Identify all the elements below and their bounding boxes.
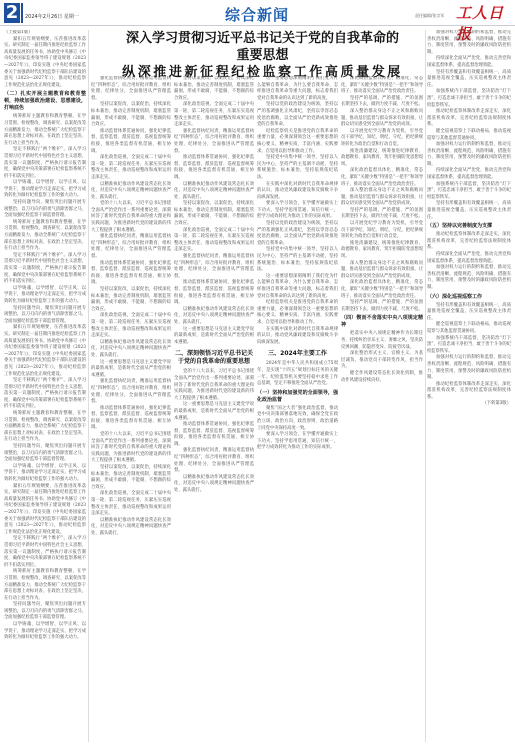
paragraph: 深化政治巡视，全面完成二十届中央第一轮、第二轮巡视任务，压紧压实巡视整改主体责任… bbox=[174, 102, 254, 128]
paragraph: 统筹抓好主题教育和教育整顿，在学习贯彻、检视整改、调查研究、以案促改等方面精准发… bbox=[4, 220, 86, 253]
paragraph: 推动监督体系贯通协同，强化纪律监督、监察监督、派驻监督、巡视监督统筹衔接，推进各… bbox=[91, 406, 171, 432]
paragraph: 深化政治监督具体化、精准化、常态化，紧盯“关键少数”特别是“一把手”和领导班子，… bbox=[341, 280, 423, 300]
section-heading: 二、深刻领悟习近平总书记关于党的自我革命的重要思想 bbox=[174, 350, 254, 366]
paragraph: 党的十八大以来，习近平总书记围绕全面从严治党作出一系列重要论述，深刻回答了新时代… bbox=[174, 369, 254, 402]
paragraph: 要深入学习领会，在学懂弄通做实上下功夫，坚持学思用贯通、知信行统一，把学习成效转… bbox=[257, 432, 338, 452]
paragraph: 以精准执纪推动作风建设常态化长效化，对违反中央八项规定精神问题快查严处、露头就打… bbox=[91, 340, 171, 360]
paragraph: 加强对权力运行的制约和监督，推动完善权责清晰、流程规范、风险明确、措施有力、制度… bbox=[427, 30, 511, 56]
article-column-5: 深化政治监督具体化、精准化、常态化，紧盯“关键少数”特别是“一把手”和领导班子，… bbox=[341, 76, 423, 742]
paragraph: 以开展党纪学习教育为契机，引导党员干部学纪、知纪、明纪、守纪，把纪律规矩转化为政… bbox=[341, 129, 423, 149]
paragraph: 坚持有形覆盖和有效覆盖相统一，高质量推进巡视全覆盖，压实巡视整改主体责任。 bbox=[427, 201, 511, 221]
paragraph: 坚持以案促改、以案促治，持续深化标本兼治，推动完善制度机制，堵塞监管漏洞，形成不… bbox=[91, 287, 171, 313]
paragraph: 紧扣五年规划纲要，压茬推进改革落实。研究制定一届任期内推进纪检监察工作高质量发展… bbox=[4, 37, 86, 90]
paragraph: 坚持以党的政治建设为统领，坚持以严的基调强化正风肃纪，坚持以零容忍态度惩治腐败，… bbox=[257, 102, 338, 128]
paragraph: 深入整治群众身边不正之风和腐败问题，推动基层监督与群众诉求有效衔接，让群众切实感… bbox=[341, 261, 423, 281]
paragraph: 持续深化全面从严治党，推动完善党和国家监督体系，提高监督治理效能。 bbox=[427, 168, 511, 181]
paragraph: 统筹抓好主题教育和教育整顿，在学习贯彻、检视整改、调查研究、以案促改等方面精准发… bbox=[4, 569, 86, 602]
paragraph: 加强系统内干部监督，坚决防治“灯下黑”，打造忠诚干净担当、敢于善于斗争的纪检监察… bbox=[427, 336, 511, 356]
paragraph: 加强系统内干部监督，坚决防治“灯下黑”，打造忠诚干净担当、敢于善于斗争的纪检监察… bbox=[427, 182, 511, 202]
paragraph: 以学铸魂、以学增智、以学正风、以学促干，推动理论学习走深走实，把学习成效转化为做… bbox=[4, 464, 86, 484]
paragraph: 深化整治形式主义、官僚主义，为基层减负，推动党员干部转变作风、担当作为。 bbox=[341, 351, 423, 371]
continuation-note: （上接第1版） bbox=[4, 30, 86, 37]
headline-line-1: 深入学习贯彻习近平总书记关于党的自我革命的重要思想 bbox=[120, 30, 405, 64]
paragraph: 紧扣五年规划纲要，压茬推进改革落实。研究制定一届任期内推进纪检监察工作高质量发展… bbox=[4, 484, 86, 537]
paragraph: 在实践中深化对新时代自我革命规律的认识，推动党风廉政建设和反腐败斗争向纵深发展。 bbox=[257, 327, 338, 347]
paragraph: 强化监督执纪问责，精准运用监督执纪“四种形态”，综合用好批评教育、组织处理、纪律… bbox=[174, 129, 254, 155]
paragraph: 推动纪检监察体制改革走深走实，深化派驻机构改革，完善纪检监察法规制度体系。 bbox=[427, 109, 511, 129]
paragraph: 以精准执纪推动作风建设常态化长效化，对违反中央八项规定精神问题快查严处、露头就打… bbox=[91, 518, 171, 538]
paragraph: 紧扣五年规划纲要，压茬推进改革落实。研究制定一届任期内推进纪检监察工作高质量发展… bbox=[4, 325, 86, 378]
masthead: 2 2024年2月26日 星期一 综合新闻 责任编辑/张宗军 工人日报 bbox=[0, 0, 515, 26]
paragraph: 推动监督体系贯通协同，强化纪律监督、监察监督、派驻监督、巡视监督统筹衔接，推进各… bbox=[91, 261, 171, 287]
paragraph: 坚持以案促改、以案促治，持续深化标本兼治，推动完善制度机制，堵塞监管漏洞，形成不… bbox=[174, 76, 254, 102]
paragraph: 深入整治群众身边不正之风和腐败问题，推动基层监督与群众诉求有效衔接，让群众切实感… bbox=[341, 188, 423, 208]
paragraph: 坚持问题导向，聚焦突出问题开展专项整治，以刀刃向内的勇气清除害群之马，全面加强纪… bbox=[4, 306, 86, 326]
paragraph: 坚定不移践行“两个维护”。深入学习贯彻习近平新时代中国特色社会主义思想，落实第一… bbox=[4, 147, 86, 180]
paragraph: 持续深化全面从严治党，推动完善党和国家监督体系，提高监督治理效能。 bbox=[427, 56, 511, 69]
paragraph: 这一重要思想是马克思主义建党学说的最新成果，是新时代全面从严治党的根本遵循。 bbox=[174, 402, 254, 422]
page-number-bar bbox=[21, 3, 23, 23]
section-title: 综合新闻 bbox=[225, 4, 289, 25]
subheading: （五）坚持以完善制度为支撑 bbox=[427, 223, 511, 230]
paragraph: 健全巡视巡察上下联动格局，推动巡视巡察与其他监督贯通协同。 bbox=[427, 129, 511, 142]
paragraph: 深化政治巡视，全面完成二十届中央第一轮、第二轮巡视任务，压紧压实巡视整改主体责任… bbox=[91, 491, 171, 517]
paragraph: 2024年是中华人民共和国成立75周年，是实现“十四五”规划目标任务的关键一年。… bbox=[257, 361, 338, 387]
subheading: （六）深化巡视巡察工作 bbox=[427, 294, 511, 301]
paragraph: 推动监督体系贯通协同，强化纪律监督、监察监督、派驻监督、巡视监督统筹衔接，推进各… bbox=[91, 129, 171, 155]
paragraph: 以学铸魂、以学增智、以学正风、以学促干，推动理论学习走深走实，把学习成效转化为做… bbox=[4, 622, 86, 642]
paragraph: 坚持以案促改、以案促治，持续深化标本兼治，推动完善制度机制，堵塞监管漏洞，形成不… bbox=[174, 201, 254, 227]
paragraph: 推动监督体系贯通协同，强化纪律监督、监察监督、派驻监督、巡视监督统筹衔接，推进各… bbox=[174, 422, 254, 448]
paragraph: 强化监督执纪问责，精准运用监督执纪“四种形态”，综合用好批评教育、组织处理、纪律… bbox=[91, 379, 171, 405]
paragraph: 坚持以党的政治建设为统领，坚持以严的基调强化正风肃纪，坚持以零容忍态度惩治腐败，… bbox=[257, 221, 338, 247]
paragraph: 强化监督执纪问责，精准运用监督执纪“四种形态”，综合用好批评教育、组织处理、纪律… bbox=[174, 448, 254, 474]
paragraph: 推动纪检监察体制改革走深走实，深化派驻机构改革，完善纪检监察法规制度体系。 bbox=[427, 382, 511, 402]
paragraph: 以学铸魂、以学增智、以学正风、以学促干，推动理论学习走深走实，把学习成效转化为做… bbox=[4, 180, 86, 200]
paragraph: 坚持有形覆盖和有效覆盖相统一，高质量推进巡视全覆盖，压实巡视整改主体责任。 bbox=[427, 70, 511, 90]
paragraph: 推动监督体系贯通协同，强化纪律监督、监察监督、派驻监督、巡视监督统筹衔接，推进各… bbox=[174, 280, 254, 306]
continued-on-page-note: （下转第3版） bbox=[427, 401, 511, 408]
paragraph: 坚持严的基调、严的措施、严的氛围长期坚持下去，做到力度不减、尺度不松。 bbox=[341, 208, 423, 221]
subheading: （一）坚持和加强党的全面领导，强化政治监督 bbox=[257, 390, 338, 404]
paragraph: 坚持党中央集中统一领导，坚持以人民为中心，坚持严的主基调不动摇，坚持系统施治、标… bbox=[257, 247, 338, 273]
paragraph: 加强对权力运行的制约和监督，推动完善权责清晰、流程规范、风险明确、措施有力、制度… bbox=[427, 265, 511, 291]
paragraph: 持续深化全面从严治党，推动完善党和国家监督体系，提高监督治理效能。 bbox=[427, 252, 511, 265]
paragraph: 这一重要思想深刻阐明了我们党为什么能够自我革命、为什么要自我革命、怎样推进自我革… bbox=[257, 76, 338, 102]
paragraph: 坚持问题导向，聚焦突出问题开展专项整治，以刀刃向内的勇气清除害群之马，全面加强纪… bbox=[4, 602, 86, 622]
page-number: 2 bbox=[4, 3, 20, 23]
paragraph: 要深入学习领会，在学懂弄通做实上下功夫，坚持学思用贯通、知信行统一，把学习成效转… bbox=[257, 201, 338, 221]
paragraph: 在实践中深化对新时代自我革命规律的认识，推动党风廉政建设和反腐败斗争向纵深发展。 bbox=[257, 182, 338, 202]
paragraph: 深化政治监督具体化、精准化、常态化，紧盯“关键少数”特别是“一把手”和领导班子，… bbox=[341, 76, 423, 96]
editor-credit: 责任编辑/张宗军 bbox=[415, 13, 444, 19]
paragraph: 强化监督执纪问责，精准运用监督执纪“四种形态”，综合用好批评教育、组织处理、纪律… bbox=[91, 234, 171, 260]
paragraph: 统筹抓好主题教育和教育整顿，在学习贯彻、检视整改、调查研究、以案促改等方面精准发… bbox=[4, 114, 86, 147]
column-divider bbox=[88, 30, 89, 742]
paragraph: 党的十八大以来，习近平总书记围绕全面从严治党作出一系列重要论述，深刻回答了新时代… bbox=[91, 432, 171, 465]
paragraph: 以学铸魂、以学增智、以学正风、以学促干，推动理论学习走深走实，把学习成效转化为做… bbox=[4, 286, 86, 306]
paragraph: 这一重要思想深刻阐明了我们党为什么能够自我革命、为什么要自我革命、怎样推进自我革… bbox=[257, 274, 338, 300]
paragraph: 坚定不移践行“两个维护”。深入学习贯彻习近平新时代中国特色社会主义思想，落实第一… bbox=[4, 536, 86, 569]
paragraph: 以精准执纪推动作风建设常态化长效化，对违反中央八项规定精神问题快查严处、露头就打… bbox=[174, 182, 254, 202]
paragraph: 以精准执纪推动作风建设常态化长效化，对违反中央八项规定精神问题快查严处、露头就打… bbox=[91, 182, 171, 202]
paragraph: 纪检监察机关是推进党的自我革命的重要力量，必须深刻领会这一重要思想的核心要义、精… bbox=[257, 129, 338, 155]
article-column-4: 这一重要思想深刻阐明了我们党为什么能够自我革命、为什么要自我革命、怎样推进自我革… bbox=[257, 76, 338, 742]
paragraph: 坚持问题导向，聚焦突出问题开展专项整治，以刀刃向内的勇气清除害群之马，全面加强纪… bbox=[4, 444, 86, 464]
paragraph: 以开展党纪学习教育为契机，引导党员干部学纪、知纪、明纪、守纪，把纪律规矩转化为政… bbox=[341, 221, 423, 241]
paragraph: 推动监督体系贯通协同，强化纪律监督、监察监督、派驻监督、巡视监督统筹衔接，推进各… bbox=[174, 155, 254, 181]
paragraph: 坚持问题导向，聚焦突出问题开展专项整治，以刀刃向内的勇气清除害群之马，全面加强纪… bbox=[4, 200, 86, 220]
paragraph: 坚持以案促改、以案促治，持续深化标本兼治，推动完善制度机制，堵塞监管漏洞，形成不… bbox=[91, 102, 171, 128]
paragraph: 坚持严的基调、严的措施、严的氛围长期坚持下去，做到力度不减、尺度不松。 bbox=[341, 300, 423, 313]
article-column-3: 坚持以案促改、以案促治，持续深化标本兼治，推动完善制度机制，堵塞监管漏洞，形成不… bbox=[174, 76, 254, 742]
paragraph: 坚持党中央集中统一领导，坚持以人民为中心，坚持严的主基调不动摇，坚持系统施治、标… bbox=[257, 155, 338, 181]
paragraph: 深入整治群众身边不正之风和腐败问题，推动基层监督与群众诉求有效衔接，让群众切实感… bbox=[341, 109, 423, 129]
paragraph: 深化政治巡视，全面完成二十届中央第一轮、第二轮巡视任务，压紧压实巡视整改主体责任… bbox=[174, 228, 254, 254]
paragraph: 以精准执纪推动作风建设常态化长效化，对违反中央八项规定精神问题快查严处、露头就打… bbox=[174, 475, 254, 495]
article-column-2: 强化监督执纪问责，精准运用监督执纪“四种形态”，综合用好批评教育、组织处理、纪律… bbox=[91, 76, 171, 742]
paragraph: 坚定不移践行“两个维护”。深入学习贯彻习近平新时代中国特色社会主义思想，落实第一… bbox=[4, 253, 86, 286]
section-heading: 三、2024年主要工作 bbox=[257, 350, 338, 358]
paragraph: 加强系统内干部监督，坚决防治“灯下黑”，打造忠诚干净担当、敢于善于斗争的纪检监察… bbox=[427, 89, 511, 109]
article-column-6: 加强对权力运行的制约和监督，推动完善权责清晰、流程规范、风险明确、措施有力、制度… bbox=[427, 30, 511, 742]
paragraph: 推进清廉建设，统筹推进纪律教育、政德教育、家风教育，筑牢拒腐防变思想堤坝。 bbox=[341, 241, 423, 261]
paragraph: 纪检监察机关是推进党的自我革命的重要力量，必须深刻领会这一重要思想的核心要义、精… bbox=[257, 300, 338, 326]
subheading: （二）扎实开展主题教育和教育整顿，持续加强政治建设、思想建设，打响底色 bbox=[4, 91, 86, 112]
subheading: （四）锲而不舍落实中央八项规定精神 bbox=[341, 315, 423, 329]
paragraph: 坚持严的基调、严的措施、严的氛围长期坚持下去，做到力度不减、尺度不松。 bbox=[341, 96, 423, 109]
paragraph: 坚持有形覆盖和有效覆盖相统一，高质量推进巡视全覆盖，压实巡视整改主体责任。 bbox=[427, 303, 511, 323]
paragraph: 党的十八大以来，习近平总书记围绕全面从严治党作出一系列重要论述，深刻回答了新时代… bbox=[91, 201, 171, 234]
paragraph: 这一重要思想是马克思主义建党学说的最新成果，是新时代全面从严治党的根本遵循。 bbox=[174, 327, 254, 347]
paragraph: 以精准执纪推动作风建设常态化长效化，对违反中央八项规定精神问题快查严处、露头就打… bbox=[174, 307, 254, 327]
headline: 深入学习贯彻习近平总书记关于党的自我革命的重要思想 纵深推进新征程纪检监察工作高… bbox=[120, 30, 405, 81]
paragraph: 深化政治监督具体化、精准化、常态化，紧盯“关键少数”特别是“一把手”和领导班子，… bbox=[341, 168, 423, 188]
paragraph: 深化政治巡视，全面完成二十届中央第一轮、第二轮巡视任务，压紧压实巡视整改主体责任… bbox=[91, 313, 171, 339]
article-column-1: （上接第1版） 紧扣五年规划纲要，压茬推进改革落实。研究制定一届任期内推进纪检监… bbox=[4, 30, 86, 742]
paragraph: 坚定不移践行“两个维护”。深入学习贯彻习近平新时代中国特色社会主义思想，落实第一… bbox=[4, 378, 86, 411]
paragraph: 健全巡视巡察上下联动格局，推动巡视巡察与其他监督贯通协同。 bbox=[427, 322, 511, 335]
paragraph: 深化政治巡视，全面完成二十届中央第一轮、第二轮巡视任务，压紧压实巡视整改主体责任… bbox=[91, 155, 171, 181]
paragraph: 强化监督执纪问责，精准运用监督执纪“四种形态”，综合用好批评教育、组织处理、纪律… bbox=[91, 76, 171, 102]
issue-date: 2024年2月26日 星期一 bbox=[25, 13, 79, 20]
paragraph: 加强对权力运行的制约和监督，推动完善权责清晰、流程规范、风险明确、措施有力、制度… bbox=[427, 355, 511, 381]
paragraph: 推动纪检监察体制改革走深走实，深化派驻机构改革，完善纪检监察法规制度体系。 bbox=[427, 232, 511, 252]
paragraph: 健全作风建设常态化长效化机制，推动作风建设持续向好。 bbox=[341, 371, 423, 384]
paragraph: 加强对权力运行的制约和监督，推动完善权责清晰、流程规范、风险明确、措施有力、制度… bbox=[427, 142, 511, 168]
paragraph: 坚持以案促改、以案促治，持续深化标本兼治，推动完善制度机制，堵塞监管漏洞，形成不… bbox=[91, 465, 171, 491]
paragraph: 推进清廉建设，统筹推进纪律教育、政德教育、家风教育，筑牢拒腐防变思想堤坝。 bbox=[341, 149, 423, 169]
paragraph: 这一重要思想是马克思主义建党学说的最新成果，是新时代全面从严治党的根本遵循。 bbox=[91, 360, 171, 380]
paragraph: 强化监督执纪问责，精准运用监督执纪“四种形态”，综合用好批评教育、组织处理、纪律… bbox=[174, 254, 254, 280]
column-divider bbox=[425, 30, 426, 742]
paragraph: 聚焦“国之大者”强化政治监督，推动党中央决策部署落地见效，确保全党在政治立场、政… bbox=[257, 406, 338, 432]
paragraph: 把落实中央八项规定精神作为长期任务，持续纠治享乐主义、奢靡之风，坚决防反弹回潮、… bbox=[341, 331, 423, 351]
paragraph: 统筹抓好主题教育和教育整顿，在学习贯彻、检视整改、调查研究、以案促改等方面精准发… bbox=[4, 411, 86, 444]
